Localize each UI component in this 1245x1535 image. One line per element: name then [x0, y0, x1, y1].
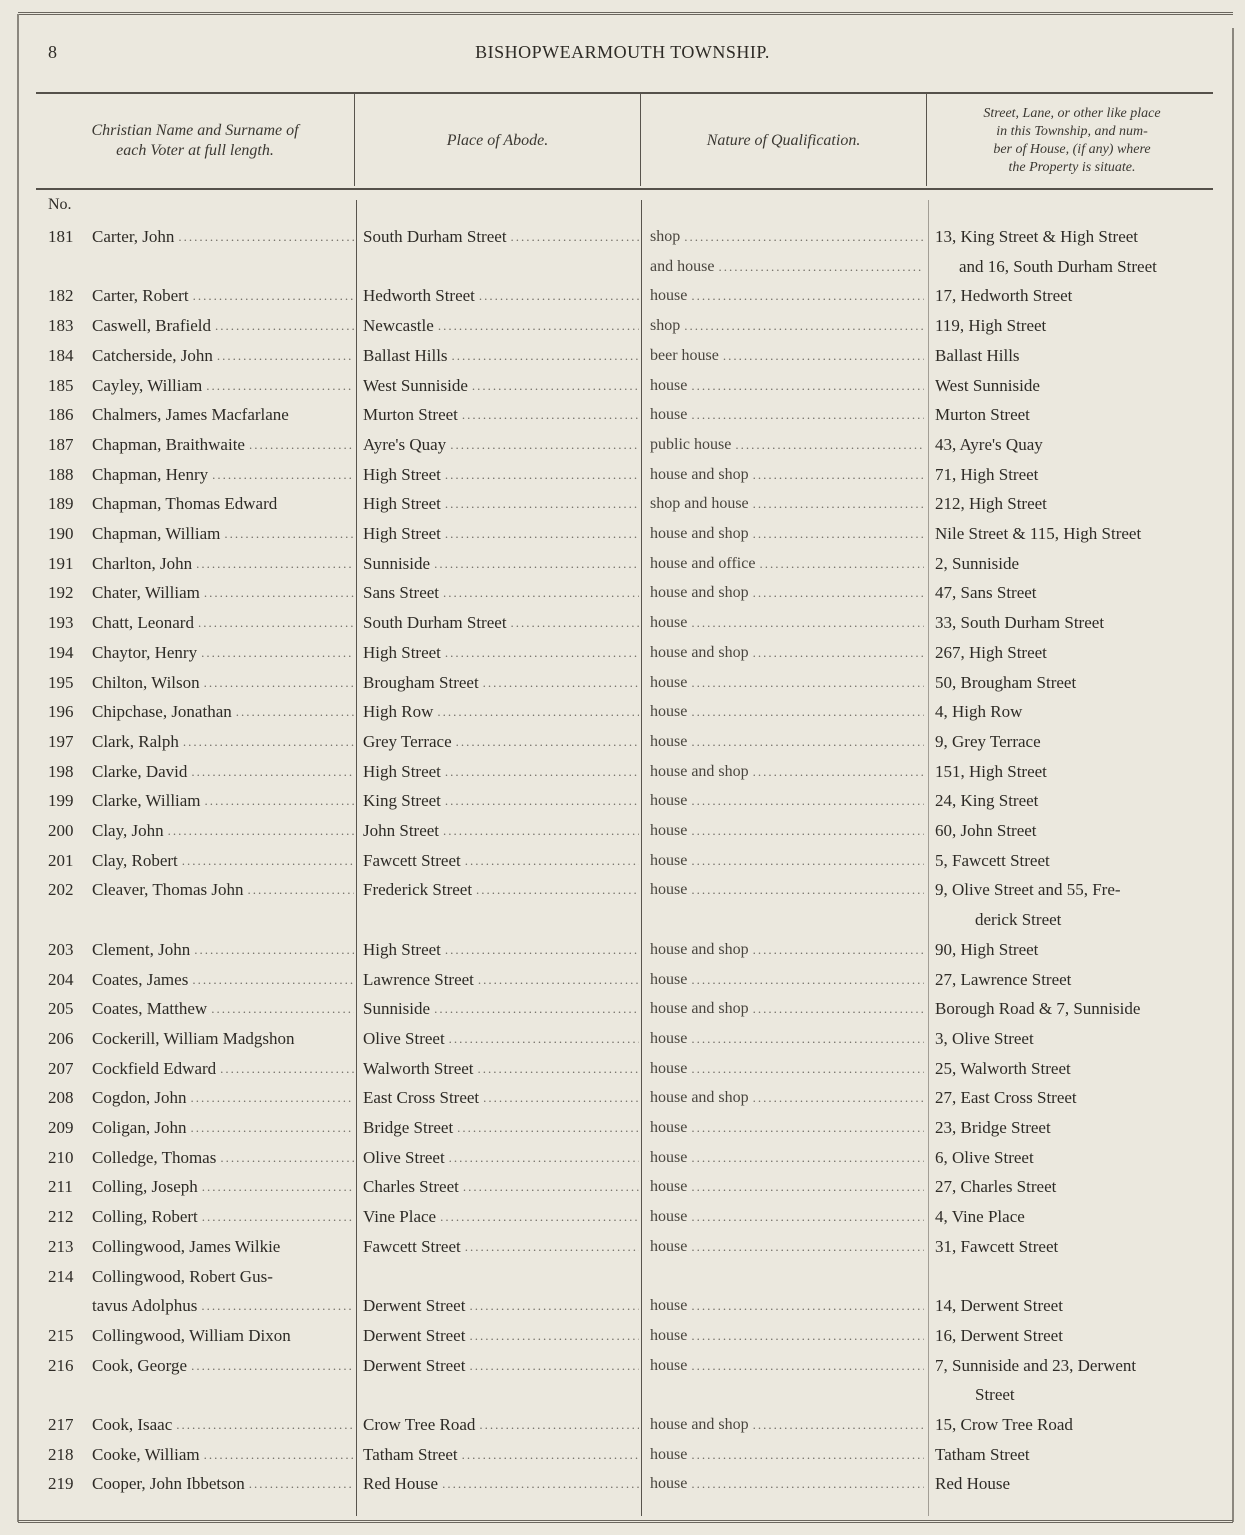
voter-name: Clay, John [92, 816, 354, 846]
place-of-abode-text: Olive Street [363, 1143, 445, 1173]
voter-name: Cooke, William [92, 1440, 354, 1470]
dot-leader [465, 1351, 639, 1381]
voter-name: Clarke, David [92, 757, 354, 787]
place-of-abode: Walworth Street [363, 1054, 639, 1084]
place-of-abode-text: Derwent Street [363, 1291, 465, 1321]
property-location: 7, Sunniside and 23, Derwent [935, 1351, 1215, 1381]
place-of-abode: Bridge Street [363, 1113, 639, 1143]
property-location: 27, Charles Street [935, 1172, 1215, 1202]
voter-number: 199 [48, 786, 88, 816]
property-location: 9, Olive Street and 55, Fre- [935, 875, 1215, 905]
property-location: 212, High Street [935, 489, 1215, 519]
nature-of-qualification-text: house and shop [650, 757, 749, 787]
dot-leader [441, 519, 639, 549]
place-of-abode: Crow Tree Road [363, 1410, 639, 1440]
property-location: 151, High Street [935, 757, 1215, 787]
nature-of-qualification: house [650, 1054, 924, 1084]
dot-leader [468, 371, 639, 401]
number-column-label: No. [48, 196, 72, 214]
voter-name-text: Cook, George [92, 1351, 187, 1381]
voter-name-text: Chaytor, Henry [92, 638, 197, 668]
place-of-abode-text: High Row [363, 697, 433, 727]
nature-of-qualification: house [650, 281, 924, 311]
voter-number [48, 1380, 88, 1410]
nature-of-qualification-text: beer house [650, 341, 719, 371]
voter-name: Chilton, Wilson [92, 668, 354, 698]
dot-leader [445, 1143, 639, 1173]
voter-number: 197 [48, 727, 88, 757]
dot-leader [441, 786, 639, 816]
property-location: Street [935, 1380, 1245, 1410]
voter-name-text: Chater, William [92, 578, 200, 608]
dot-leader [680, 222, 924, 252]
place-of-abode: Sunniside [363, 994, 639, 1024]
voter-name: Collingwood, William Dixon [92, 1321, 354, 1351]
dot-leader [687, 281, 924, 311]
property-location: 27, Lawrence Street [935, 965, 1215, 995]
voter-number: 189 [48, 489, 88, 519]
voter-name: Cook, Isaac [92, 1410, 354, 1440]
place-of-abode: High Street [363, 638, 639, 668]
dot-leader [749, 460, 924, 490]
property-location: 71, High Street [935, 460, 1215, 490]
dot-leader [441, 460, 639, 490]
dot-leader [687, 875, 924, 905]
voter-name: Cooper, John Ibbetson [92, 1469, 354, 1499]
dot-leader [755, 549, 924, 579]
place-of-abode: Ballast Hills [363, 341, 639, 371]
nature-of-qualification: house [650, 846, 924, 876]
voter-number: 193 [48, 608, 88, 638]
nature-of-qualification-text: house [650, 1440, 687, 1470]
nature-of-qualification-text: shop [650, 311, 680, 341]
dot-leader [452, 727, 639, 757]
voter-number: 183 [48, 311, 88, 341]
column-header-line: in this Township, and num- [983, 123, 1160, 141]
nature-of-qualification-text: house [650, 1202, 687, 1232]
dot-leader [192, 549, 354, 579]
voter-name-text: Cook, Isaac [92, 1410, 172, 1440]
nature-of-qualification-text: house and shop [650, 935, 749, 965]
place-of-abode: Tatham Street [363, 1440, 639, 1470]
place-of-abode-text: Frederick Street [363, 875, 472, 905]
nature-of-qualification: house [650, 1024, 924, 1054]
column-header-line: Nature of Qualification. [707, 131, 861, 151]
voter-number: 206 [48, 1024, 88, 1054]
nature-of-qualification-text: house and shop [650, 578, 749, 608]
voter-number: 184 [48, 341, 88, 371]
dot-leader [687, 965, 924, 995]
property-location: 2, Sunniside [935, 549, 1215, 579]
place-of-abode: High Street [363, 489, 639, 519]
nature-of-qualification: shop and house [650, 489, 924, 519]
dot-leader [687, 1113, 924, 1143]
voter-number: 195 [48, 668, 88, 698]
place-of-abode-text: South Durham Street [363, 222, 507, 252]
dot-leader [749, 519, 924, 549]
dot-leader [749, 578, 924, 608]
voter-name-text: Cogdon, John [92, 1083, 186, 1113]
nature-of-qualification: house [650, 1351, 924, 1381]
voter-number: 200 [48, 816, 88, 846]
place-of-abode: Murton Street [363, 400, 639, 430]
dot-leader [680, 311, 924, 341]
dot-leader [200, 668, 354, 698]
voter-number: 213 [48, 1232, 88, 1262]
voter-name: Coates, James [92, 965, 354, 995]
dot-leader [220, 519, 354, 549]
place-of-abode: Olive Street [363, 1024, 639, 1054]
place-of-abode: Grey Terrace [363, 727, 639, 757]
dot-leader [507, 608, 639, 638]
nature-of-qualification: house and shop [650, 757, 924, 787]
place-of-abode: East Cross Street [363, 1083, 639, 1113]
place-of-abode: Brougham Street [363, 668, 639, 698]
column-divider [354, 94, 355, 186]
voter-name: Carter, John [92, 222, 354, 252]
place-of-abode-text: Tatham Street [363, 1440, 458, 1470]
place-of-abode: Sunniside [363, 549, 639, 579]
dot-leader [187, 1351, 354, 1381]
nature-of-qualification-text: house and shop [650, 519, 749, 549]
voter-name: Caswell, Brafield [92, 311, 354, 341]
nature-of-qualification: house [650, 1202, 924, 1232]
dot-leader [244, 875, 354, 905]
nature-of-qualification-text: house [650, 1351, 687, 1381]
dot-leader [216, 1054, 354, 1084]
property-location: 43, Ayre's Quay [935, 430, 1215, 460]
place-of-abode: Vine Place [363, 1202, 639, 1232]
place-of-abode-text: High Street [363, 519, 441, 549]
voter-name: Chater, William [92, 578, 354, 608]
dot-leader [458, 400, 639, 430]
dot-leader [475, 281, 639, 311]
place-of-abode-text: Walworth Street [363, 1054, 474, 1084]
voter-name-text: Coates, James [92, 965, 188, 995]
voter-number: 194 [48, 638, 88, 668]
voter-number: 211 [48, 1172, 88, 1202]
voter-number: 215 [48, 1321, 88, 1351]
nature-of-qualification-text: house and office [650, 549, 755, 579]
nature-of-qualification-text: house [650, 727, 687, 757]
voter-name: Catcherside, John [92, 341, 354, 371]
nature-of-qualification-text: shop and house [650, 489, 749, 519]
place-of-abode: Derwent Street [363, 1351, 639, 1381]
place-of-abode: West Sunniside [363, 371, 639, 401]
property-location: 31, Fawcett Street [935, 1232, 1215, 1262]
voter-number: 181 [48, 222, 88, 252]
nature-of-qualification-text: house [650, 1469, 687, 1499]
dot-leader [687, 1440, 924, 1470]
nature-of-qualification-text: and house [650, 252, 714, 282]
dot-leader [172, 1410, 354, 1440]
dot-leader [458, 1440, 639, 1470]
place-of-abode-text: High Street [363, 460, 441, 490]
property-location: 27, East Cross Street [935, 1083, 1215, 1113]
voter-number: 203 [48, 935, 88, 965]
voter-number: 204 [48, 965, 88, 995]
place-of-abode-text: Bridge Street [363, 1113, 453, 1143]
place-of-abode: South Durham Street [363, 608, 639, 638]
dot-leader [687, 371, 924, 401]
place-of-abode-text: Olive Street [363, 1024, 445, 1054]
dot-leader [749, 935, 924, 965]
place-of-abode: Fawcett Street [363, 846, 639, 876]
place-of-abode: High Street [363, 519, 639, 549]
voter-name-text: Chilton, Wilson [92, 668, 200, 698]
property-location: 4, Vine Place [935, 1202, 1215, 1232]
nature-of-qualification: and house [650, 252, 924, 282]
nature-of-qualification: house [650, 816, 924, 846]
place-of-abode: Red House [363, 1469, 639, 1499]
dot-leader [194, 608, 354, 638]
voter-name: Clarke, William [92, 786, 354, 816]
nature-of-qualification-text: public house [650, 430, 731, 460]
dot-leader [201, 786, 354, 816]
voter-number: 190 [48, 519, 88, 549]
dot-leader [687, 1291, 924, 1321]
nature-of-qualification-text: house [650, 816, 687, 846]
place-of-abode-text: King Street [363, 786, 441, 816]
nature-of-qualification: house [650, 1143, 924, 1173]
dot-leader [687, 846, 924, 876]
column-header-line: Place of Abode. [447, 131, 548, 151]
voter-name-text: Caswell, Brafield [92, 311, 211, 341]
place-of-abode-text: Vine Place [363, 1202, 436, 1232]
dot-leader [430, 994, 639, 1024]
property-location: 4, High Row [935, 697, 1215, 727]
column-divider [641, 200, 642, 1516]
top-border [18, 12, 1233, 15]
property-location: Murton Street [935, 400, 1215, 430]
place-of-abode-text: Sunniside [363, 549, 430, 579]
dot-leader [472, 875, 639, 905]
property-location: 47, Sans Street [935, 578, 1215, 608]
voter-number: 202 [48, 875, 88, 905]
nature-of-qualification-text: house [650, 281, 687, 311]
nature-of-qualification-text: house [650, 400, 687, 430]
voter-name: Cayley, William [92, 371, 354, 401]
dot-leader [687, 786, 924, 816]
column-header-line: Christian Name and Surname of [91, 121, 298, 141]
nature-of-qualification: house [650, 1291, 924, 1321]
property-location: Borough Road & 7, Sunniside [935, 994, 1215, 1024]
place-of-abode-text: Fawcett Street [363, 846, 461, 876]
dot-leader [441, 757, 639, 787]
voter-name: Chaytor, Henry [92, 638, 354, 668]
nature-of-qualification: house and shop [650, 519, 924, 549]
property-location: 23, Bridge Street [935, 1113, 1215, 1143]
dot-leader [687, 697, 924, 727]
voter-name-text: Clarke, David [92, 757, 187, 787]
nature-of-qualification-text: shop [650, 222, 680, 252]
nature-of-qualification: house [650, 727, 924, 757]
place-of-abode: Newcastle [363, 311, 639, 341]
nature-of-qualification: beer house [650, 341, 924, 371]
dot-leader [164, 816, 354, 846]
voter-name-text: Chipchase, Jonathan [92, 697, 232, 727]
dot-leader [474, 1054, 639, 1084]
column-divider [928, 200, 929, 1516]
property-location: 3, Olive Street [935, 1024, 1215, 1054]
nature-of-qualification-text: house [650, 697, 687, 727]
nature-of-qualification-text: house [650, 1113, 687, 1143]
dot-leader [245, 1469, 354, 1499]
dot-leader [687, 1024, 924, 1054]
property-location: Red House [935, 1469, 1215, 1499]
place-of-abode-text: High Street [363, 935, 441, 965]
place-of-abode-text: Crow Tree Road [363, 1410, 475, 1440]
dot-leader [438, 1469, 639, 1499]
place-of-abode: King Street [363, 786, 639, 816]
nature-of-qualification: house [650, 668, 924, 698]
voter-number: 219 [48, 1469, 88, 1499]
dot-leader [465, 1321, 639, 1351]
column-divider [926, 94, 927, 186]
dot-leader [687, 608, 924, 638]
voter-name: Colledge, Thomas [92, 1143, 354, 1173]
voter-name: Cogdon, John [92, 1083, 354, 1113]
dot-leader [446, 430, 639, 460]
voter-number: 208 [48, 1083, 88, 1113]
place-of-abode-text: Lawrence Street [363, 965, 474, 995]
dot-leader [687, 1202, 924, 1232]
dot-leader [213, 341, 354, 371]
place-of-abode: High Street [363, 757, 639, 787]
voter-number: 207 [48, 1054, 88, 1084]
property-location: 6, Olive Street [935, 1143, 1215, 1173]
voter-name-text: Cleaver, Thomas John [92, 875, 244, 905]
voter-name: Cockerill, William Madgshon [92, 1024, 354, 1054]
place-of-abode: Sans Street [363, 578, 639, 608]
voter-name-text: Clay, Robert [92, 846, 178, 876]
nature-of-qualification: house [650, 965, 924, 995]
header-rule-top [36, 92, 1213, 94]
voter-number: 196 [48, 697, 88, 727]
voter-name: Chipchase, Jonathan [92, 697, 354, 727]
dot-leader [202, 371, 354, 401]
nature-of-qualification: public house [650, 430, 924, 460]
dot-leader [687, 727, 924, 757]
voter-number: 188 [48, 460, 88, 490]
voter-name-text: Cockfield Edward [92, 1054, 216, 1084]
place-of-abode-text: Derwent Street [363, 1321, 465, 1351]
place-of-abode: High Row [363, 697, 639, 727]
place-of-abode: Frederick Street [363, 875, 639, 905]
place-of-abode-text: High Street [363, 757, 441, 787]
voter-name: Chatt, Leonard [92, 608, 354, 638]
left-border [17, 14, 19, 1522]
property-location: and 16, South Durham Street [935, 252, 1239, 282]
voter-name: Colling, Robert [92, 1202, 354, 1232]
dot-leader [200, 1440, 354, 1470]
place-of-abode: Charles Street [363, 1172, 639, 1202]
column-divider [640, 94, 641, 186]
dot-leader [186, 1083, 354, 1113]
place-of-abode: High Street [363, 460, 639, 490]
voter-name-text: Cooke, William [92, 1440, 200, 1470]
dot-leader [687, 1321, 924, 1351]
dot-leader [430, 549, 639, 579]
voter-name: Chapman, Braithwaite [92, 430, 354, 460]
voter-name-text: Carter, John [92, 222, 174, 252]
column-header-line: each Voter at full length. [91, 141, 298, 161]
property-location: 9, Grey Terrace [935, 727, 1215, 757]
dot-leader [687, 668, 924, 698]
nature-of-qualification: house and shop [650, 1410, 924, 1440]
voter-number: 191 [48, 549, 88, 579]
nature-of-qualification: house and shop [650, 1083, 924, 1113]
voter-name: Chapman, Henry [92, 460, 354, 490]
property-location: 60, John Street [935, 816, 1215, 846]
nature-of-qualification: house and shop [650, 460, 924, 490]
dot-leader [445, 1024, 639, 1054]
dot-leader [433, 697, 639, 727]
dot-leader [749, 1410, 924, 1440]
voter-name: Carter, Robert [92, 281, 354, 311]
property-location: Tatham Street [935, 1440, 1215, 1470]
dot-leader [197, 1291, 354, 1321]
place-of-abode-text: East Cross Street [363, 1083, 479, 1113]
voter-number: 192 [48, 578, 88, 608]
dot-leader [507, 222, 639, 252]
dot-leader [479, 1083, 639, 1113]
voter-number: 210 [48, 1143, 88, 1173]
property-location: Nile Street & 115, High Street [935, 519, 1215, 549]
dot-leader [441, 638, 639, 668]
nature-of-qualification-text: house [650, 1321, 687, 1351]
voter-number: 198 [48, 757, 88, 787]
place-of-abode: Derwent Street [363, 1291, 639, 1321]
nature-of-qualification: house [650, 786, 924, 816]
dot-leader [211, 311, 354, 341]
nature-of-qualification-text: house [650, 1232, 687, 1262]
nature-of-qualification: house [650, 400, 924, 430]
nature-of-qualification-text: house [650, 1143, 687, 1173]
place-of-abode: Ayre's Quay [363, 430, 639, 460]
voter-name-text: Carter, Robert [92, 281, 189, 311]
property-location: 90, High Street [935, 935, 1215, 965]
voter-name-text: Cayley, William [92, 371, 202, 401]
voter-number: 187 [48, 430, 88, 460]
place-of-abode-text: West Sunniside [363, 371, 468, 401]
voter-name-text: Coligan, John [92, 1113, 186, 1143]
dot-leader [179, 727, 354, 757]
column-divider [356, 200, 357, 1516]
dot-leader [475, 1410, 639, 1440]
dot-leader [186, 1113, 354, 1143]
nature-of-qualification-text: house and shop [650, 994, 749, 1024]
voter-name: Clement, John [92, 935, 354, 965]
voter-name-text: Chapman, Henry [92, 460, 208, 490]
dot-leader [439, 816, 639, 846]
nature-of-qualification: house [650, 1321, 924, 1351]
dot-leader [188, 965, 354, 995]
place-of-abode-text: Newcastle [363, 311, 434, 341]
nature-of-qualification: house [650, 1172, 924, 1202]
dot-leader [434, 311, 639, 341]
dot-leader [461, 846, 639, 876]
nature-of-qualification-text: house [650, 371, 687, 401]
dot-leader [687, 1143, 924, 1173]
dot-leader [189, 281, 354, 311]
dot-leader [687, 1351, 924, 1381]
place-of-abode-text: Murton Street [363, 400, 458, 430]
property-location: 17, Hedworth Street [935, 281, 1215, 311]
property-location: West Sunniside [935, 371, 1215, 401]
column-header-property-location: Street, Lane, or other like place in thi… [927, 96, 1217, 186]
property-location: 25, Walworth Street [935, 1054, 1215, 1084]
